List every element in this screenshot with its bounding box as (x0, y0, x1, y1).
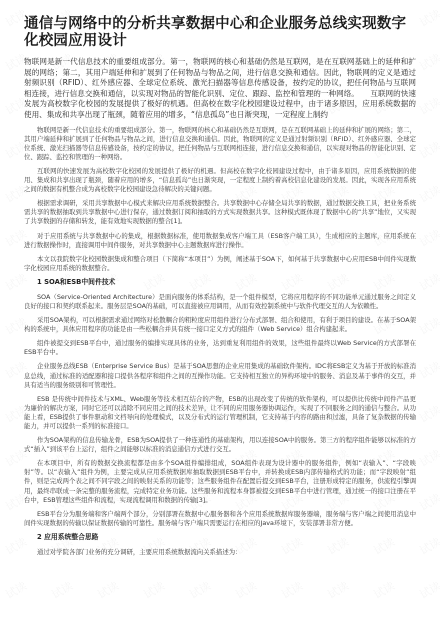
intro-paragraph-2: 互联网的快速发展为高校数字化校园的发展提供了极好的机遇。但高校在数字化校园建设过… (24, 167, 416, 194)
section-2-paragraph-1: 通过对学院各部门业务的充分调研，主要应用系统数据流向关系描述为： (24, 548, 416, 557)
section-1-paragraph-7: 在本项目中，所有的数据交换流程都是由多个SOA组件编排组成，SOA组件表现为设计… (24, 459, 416, 504)
section-1-paragraph-3: 组件被提交到ESB平台中，通过服务的编排实现具体的业务，达到重复利用组件的效果，… (24, 339, 416, 357)
document-page: 通信与网络中的分析共享数据中心和企业服务总线实现数字化校园应用设计 物联网是新一… (0, 0, 440, 620)
intro-paragraph-1: 物联网是新一代信息技术的重要组成部分。第一，物联网的核心和基础仍然是互联网，是在… (24, 126, 416, 162)
intro-paragraph-3: 根据需求调研，采用共享数据中心模式来解决应用系统数据整合。共享数据中心存储全局共… (24, 199, 416, 226)
lead-paragraph: 物联网是新一代信息技术的重要组成部分。第一，物联网的核心和基础仍然是互联网，是在… (24, 57, 416, 121)
section-1-paragraph-8: ESB平台分为服务端和客户端两个部分，分别部署在数据中心服务器和各个应用系统数据… (24, 510, 416, 528)
section-1-heading: 1 SOA和ESB中间件技术 (37, 278, 416, 287)
intro-paragraph-4: 对于应用系统与共享数据中心的集成，根据数据标准，使用数据集成客户端工具（ESB客… (24, 232, 416, 250)
section-1-paragraph-4: 企业服务总线ESB（Enterprise Service Bus）是基于SOA思… (24, 362, 416, 389)
intro-paragraph-5: 本文以我院数字化校园数据集成和整合项目（下简称“本项目”）为例，阐述基于SOA下… (24, 255, 416, 273)
section-1-paragraph-5: ESB 是传统中间件技术与XML、Web服务等技术相互结合的产物，ESB的出现改… (24, 395, 416, 431)
section-1-paragraph-6: 作为SOA架构的信息传输龙骨，ESB为SOA提供了一种连通性的基础架构，用以连接… (24, 436, 416, 454)
section-2-heading: 2 应用系统整合思路 (37, 533, 416, 542)
document-title: 通信与网络中的分析共享数据中心和企业服务总线实现数字化校园应用设计 (24, 16, 416, 50)
section-1-paragraph-2: 采用SOA架构，可以根据需求通过网络对松散耦合的粗粒度应用组件进行分布式部署、组… (24, 316, 416, 334)
section-1-paragraph-1: SOA（Service-Oriented Architecture）是面向服务的… (24, 293, 416, 311)
